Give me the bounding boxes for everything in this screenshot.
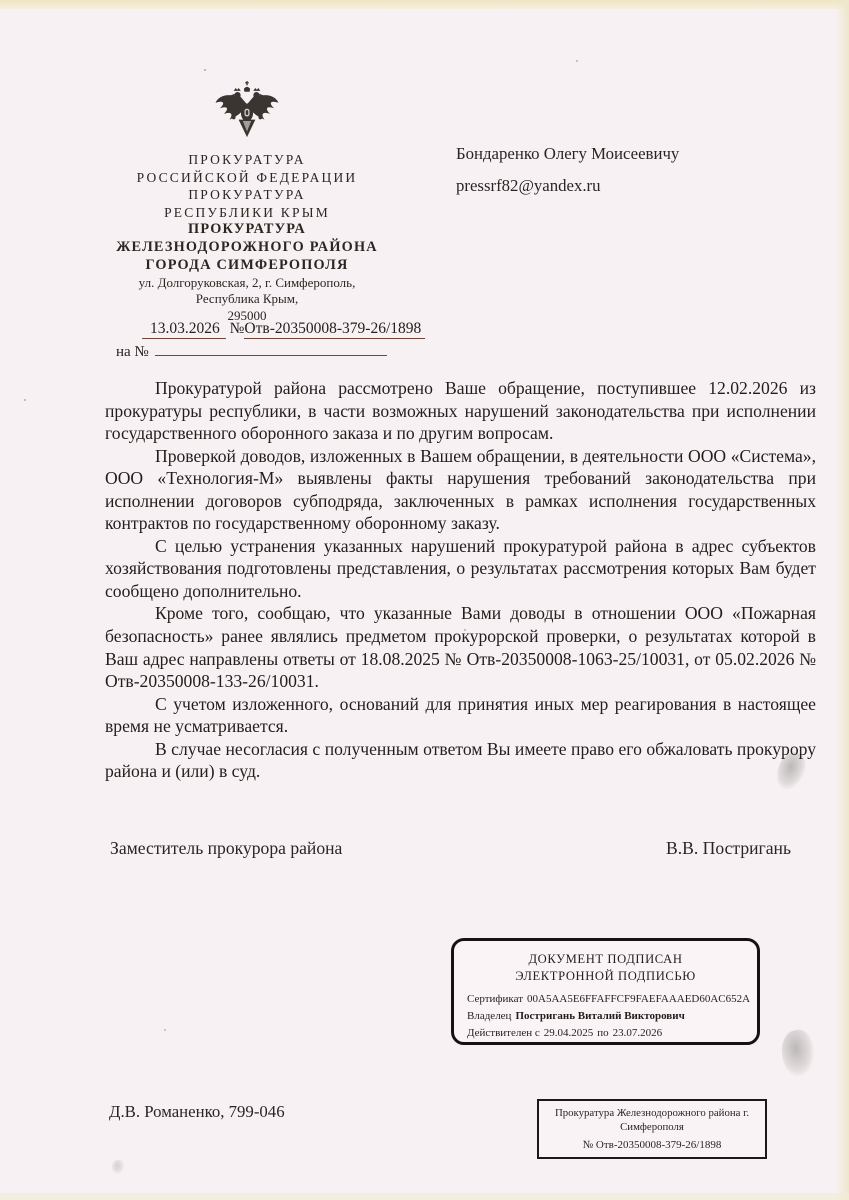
scanned-letter-page: { "colors": { "paper": "#f8f1f3", "edge_… xyxy=(0,0,849,1200)
incoming-number-label: на № xyxy=(116,344,149,360)
esign-valid-from: 29.04.2025 xyxy=(544,1027,594,1039)
letterhead: ПРОКУРАТУРА РОССИЙСКОЙ ФЕДЕРАЦИИ ПРОКУРА… xyxy=(88,151,406,325)
scan-edge-bottom xyxy=(0,1193,849,1200)
letterhead-address: ул. Долгоруковская, 2, г. Симферополь, xyxy=(88,275,406,292)
esign-valid-to: 23.07.2026 xyxy=(613,1027,663,1039)
letterhead-line: РЕСПУБЛИКИ КРЫМ xyxy=(88,204,406,222)
signature-row: Заместитель прокурора района В.В. Постри… xyxy=(110,838,791,859)
scan-edge-top xyxy=(0,0,849,9)
letterhead-line: РОССИЙСКОЙ ФЕДЕРАЦИИ xyxy=(88,169,406,187)
paragraph: С учетом изложенного, оснований для прин… xyxy=(105,693,816,738)
letterhead-address: Республика Крым, xyxy=(88,291,406,308)
recipient-name: Бондаренко Олегу Моисеевичу xyxy=(456,144,679,164)
scan-speck xyxy=(204,69,206,71)
recipient-block: Бондаренко Олегу Моисеевичу pressrf82@ya… xyxy=(456,144,679,196)
scan-smudge xyxy=(779,1028,817,1078)
incoming-reference-line: на № xyxy=(116,342,387,361)
esign-owner: ВладелецПостригань Виталий Викторович xyxy=(467,1008,747,1025)
signer-position: Заместитель прокурора района xyxy=(110,838,342,859)
registration-org-line1: Прокуратура Железнодорожного района г. xyxy=(547,1107,757,1121)
registration-org: Прокуратура Железнодорожного района г. С… xyxy=(547,1107,757,1134)
outgoing-number: Отв-20350008-379-26/1898 xyxy=(244,320,425,339)
esign-owner-value: Постригань Виталий Викторович xyxy=(515,1010,684,1022)
letterhead-line: ПРОКУРАТУРА xyxy=(88,186,406,204)
letter-body: Прокуратурой района рассмотрено Ваше обр… xyxy=(105,377,816,783)
esign-validity-label: Действителен с xyxy=(467,1027,540,1039)
number-sign: № xyxy=(230,320,245,337)
esign-title-line2: ЭЛЕКТРОННОЙ ПОДПИСЬЮ xyxy=(454,968,757,985)
paragraph: Проверкой доводов, изложенных в Вашем об… xyxy=(105,445,816,535)
esign-validity: Действителен с29.04.2025по23.07.2026 xyxy=(467,1025,747,1042)
registration-number: № Отв-20350008-379-26/1898 xyxy=(539,1139,765,1151)
paragraph: Прокуратурой района рассмотрено Ваше обр… xyxy=(105,377,816,445)
reference-line: 13.03.2026 №Отв-20350008-379-26/1898 xyxy=(142,320,442,338)
registration-stamp: Прокуратура Железнодорожного района г. С… xyxy=(537,1099,767,1159)
paragraph: Кроме того, сообщаю, что указанные Вами … xyxy=(105,602,816,692)
russian-coat-of-arms-icon xyxy=(212,79,282,149)
esign-certificate-label: Сертификат xyxy=(467,993,523,1005)
document-date: 13.03.2026 xyxy=(142,320,226,339)
letterhead-org-name: ПРОКУРАТУРА xyxy=(88,221,406,239)
esign-valid-to-label: по xyxy=(597,1027,608,1039)
esign-details: Сертификат00A5AA5E6FFAFFCF9FAEFAAAED60AC… xyxy=(467,991,747,1041)
paragraph: С целью устранения указанных нарушений п… xyxy=(105,535,816,603)
scan-edge-right xyxy=(835,0,849,1200)
esign-certificate: Сертификат00A5AA5E6FFAFFCF9FAEFAAAED60AC… xyxy=(467,991,747,1008)
incoming-number-blank xyxy=(155,342,387,356)
esign-title-line1: ДОКУМЕНТ ПОДПИСАН xyxy=(454,951,757,968)
registration-org-line2: Симферополя xyxy=(547,1121,757,1135)
esign-certificate-value: 00A5AA5E6FFAFFCF9FAEFAAAED60AC652A xyxy=(527,993,750,1005)
paragraph: В случае несогласия с полученным ответом… xyxy=(105,738,816,783)
scan-smudge xyxy=(112,1160,124,1174)
esign-title: ДОКУМЕНТ ПОДПИСАН ЭЛЕКТРОННОЙ ПОДПИСЬЮ xyxy=(454,951,757,984)
letterhead-line: ПРОКУРАТУРА xyxy=(88,151,406,169)
letterhead-org-name: ГОРОДА СИМФЕРОПОЛЯ xyxy=(88,257,406,275)
executor-line: Д.В. Романенко, 799-046 xyxy=(109,1102,285,1122)
signer-name: В.В. Постригань xyxy=(666,838,791,859)
recipient-email: pressrf82@yandex.ru xyxy=(456,176,679,196)
electronic-signature-stamp: ДОКУМЕНТ ПОДПИСАН ЭЛЕКТРОННОЙ ПОДПИСЬЮ С… xyxy=(451,938,760,1045)
letterhead-org-name: ЖЕЛЕЗНОДОРОЖНОГО РАЙОНА xyxy=(88,239,406,257)
esign-owner-label: Владелец xyxy=(467,1010,511,1022)
